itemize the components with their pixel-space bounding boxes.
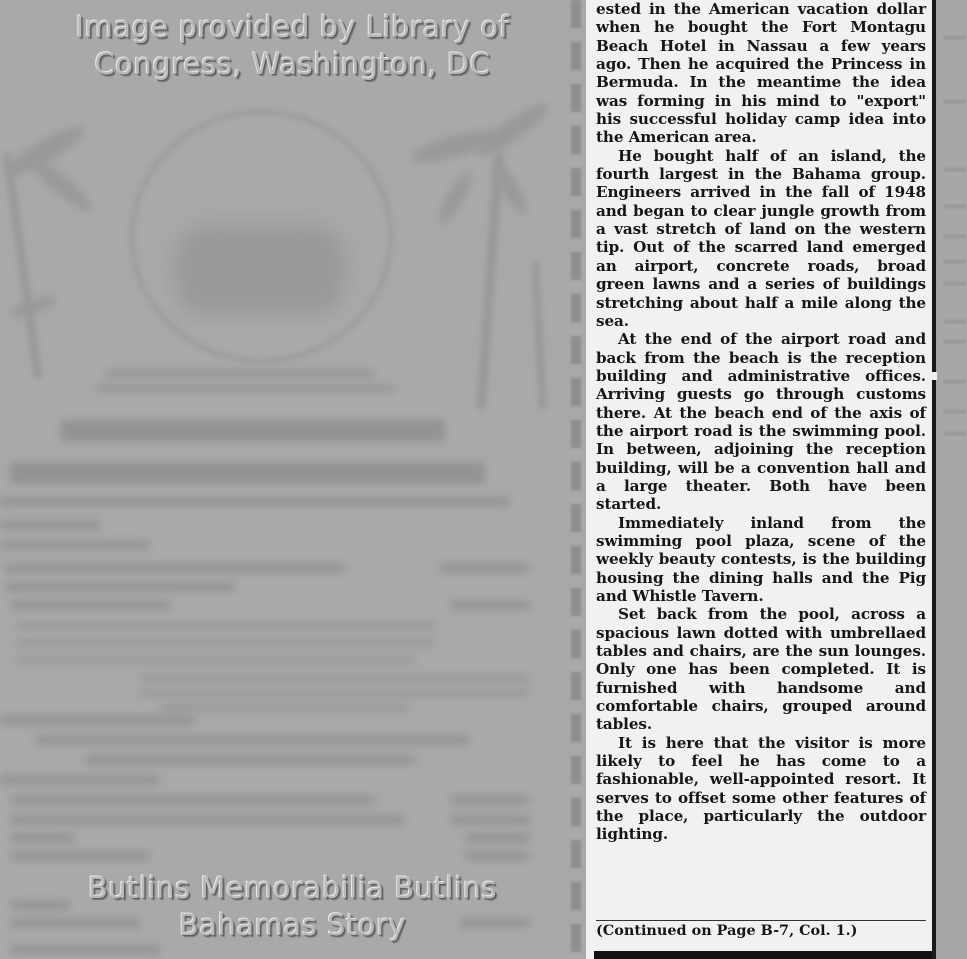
ghost-emblem-fill — [175, 225, 345, 315]
ghost-palm-frond — [24, 151, 97, 216]
column-rule — [932, 0, 936, 959]
ghost-text-line — [0, 520, 100, 530]
ghost-text-line — [0, 715, 195, 725]
ghost-text-line — [944, 168, 966, 171]
ghost-text-line — [0, 775, 160, 785]
ghost-text-line — [10, 945, 160, 955]
ghost-text-line — [10, 815, 405, 825]
ghost-text-line — [440, 563, 530, 573]
ghost-text-line — [944, 100, 966, 103]
ghost-text-line — [0, 497, 510, 507]
ghost-text-line — [15, 623, 435, 629]
blurred-adjacent-column — [938, 0, 967, 959]
ghost-column-rule — [571, 0, 581, 959]
ghost-text-line — [160, 705, 410, 711]
article-paragraph: ested in the American vacation dollar wh… — [596, 0, 926, 147]
article-body: that Billy Butlin became inter- ested in… — [596, 0, 926, 844]
ghost-text-line — [944, 260, 966, 263]
bottom-rule — [594, 951, 932, 959]
watermark-line: Butlins Memorabilia Butlins — [0, 870, 585, 907]
ghost-text-line — [10, 851, 150, 861]
ghost-text-line — [35, 735, 470, 745]
ghost-text-line — [10, 833, 75, 843]
ghost-text-line — [85, 755, 415, 765]
watermark-attribution: Image provided by Library of Congress, W… — [0, 9, 585, 83]
ghost-text-line — [944, 380, 966, 383]
ghost-text-line — [465, 833, 530, 843]
ghost-text-line — [944, 36, 966, 39]
ghost-palm-tree-icon — [2, 150, 43, 379]
ghost-text-line — [450, 815, 530, 825]
article-paragraph: At the end of the airport road and back … — [596, 330, 926, 513]
ghost-text-line — [5, 563, 345, 573]
newspaper-article-column: that Billy Butlin became inter- ested in… — [586, 0, 932, 959]
ghost-text-line — [5, 582, 235, 592]
blurred-advertisement-panel: Image provided by Library of Congress, W… — [0, 0, 585, 959]
ghost-text-line — [450, 600, 530, 610]
article-paragraph: He bought half of an island, the fourth … — [596, 147, 926, 330]
ghost-text-line — [944, 432, 966, 435]
ghost-text-line — [465, 851, 530, 861]
ghost-text-line — [140, 675, 530, 681]
column-rule-gap — [931, 372, 937, 380]
article-paragraph: Immediately inland from the swimming poo… — [596, 514, 926, 606]
ghost-text-line — [944, 235, 966, 238]
ghost-text-line — [95, 385, 395, 392]
watermark-line: Bahamas Story — [0, 907, 585, 944]
ghost-text-line — [15, 640, 435, 646]
ghost-heading — [10, 462, 485, 484]
ghost-text-line — [10, 795, 375, 805]
article-paragraph: Set back from the pool, across a spaciou… — [596, 605, 926, 733]
divider — [596, 920, 926, 921]
continued-notice: (Continued on Page B-7, Col. 1.) — [596, 922, 926, 939]
ghost-text-line — [140, 690, 530, 696]
ghost-heading — [60, 420, 445, 442]
ghost-palm-tree-icon — [476, 150, 504, 410]
ghost-text-line — [105, 370, 375, 377]
ghost-text-line — [0, 540, 150, 550]
ghost-palm-tree-icon — [531, 260, 547, 410]
ghost-text-line — [450, 795, 530, 805]
ghost-text-line — [10, 600, 170, 610]
watermark-source: Butlins Memorabilia Butlins Bahamas Stor… — [0, 870, 585, 944]
ghost-text-line — [944, 205, 966, 208]
article-paragraph: It is here that the visitor is more like… — [596, 734, 926, 844]
watermark-line: Image provided by Library of — [0, 9, 585, 46]
ghost-text-line — [944, 410, 966, 413]
ghost-text-line — [944, 320, 966, 323]
ghost-text-line — [15, 657, 415, 663]
ghost-palm-frond — [433, 168, 477, 228]
ghost-text-line — [944, 340, 966, 343]
ghost-text-line — [944, 282, 966, 285]
watermark-line: Congress, Washington, DC — [0, 46, 585, 83]
